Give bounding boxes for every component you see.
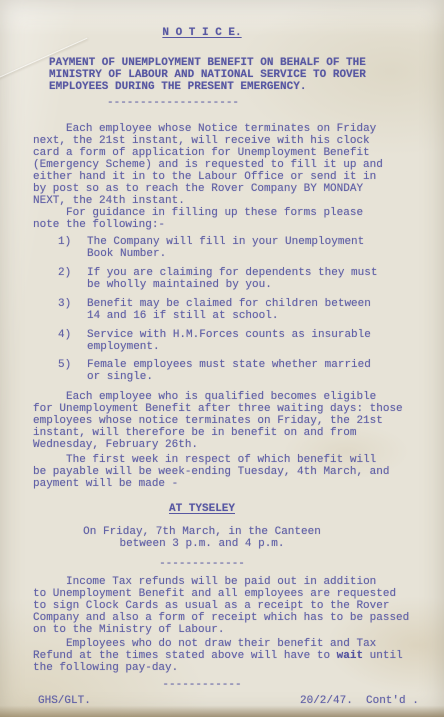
paragraph-clock-card: Each employee whose Notice terminates on…	[33, 123, 420, 207]
venue-heading: AT TYSELEY	[0, 503, 424, 515]
list-item-3: 3) Benefit may be claimed for children b…	[58, 298, 416, 322]
list-item-1: 1) The Company will fill in your Unemplo…	[58, 236, 416, 260]
list-number: 1)	[58, 236, 87, 260]
late-draw-text-start: Employees who do not draw their benefit …	[33, 638, 376, 662]
paragraph-eligibility: Each employee who is qualified becomes e…	[33, 391, 420, 451]
footer-reference: GHS/GLT.	[38, 695, 91, 707]
paragraph-first-week: The first week in respect of which benef…	[33, 454, 420, 490]
list-text: Female employees must state whether marr…	[87, 359, 416, 383]
footer-date: 20/2/47.	[300, 695, 353, 707]
list-text: The Company will fill in your Unemployme…	[87, 236, 416, 260]
list-number: 3)	[58, 298, 87, 322]
late-draw-text-emphasis: wait	[337, 650, 363, 662]
list-text: Benefit may be claimed for children betw…	[87, 298, 416, 322]
separator-heading: --------------------	[107, 97, 239, 109]
venue-line-2: between 3 p.m. and 4 p.m.	[0, 538, 424, 550]
separator-venue: -------------	[0, 558, 424, 570]
paragraph-late-draw: Employees who do not draw their benefit …	[33, 638, 420, 674]
paragraph-guidance: For guidance in filling up these forms p…	[33, 207, 420, 231]
list-item-5: 5) Female employees must state whether m…	[58, 359, 416, 383]
list-number: 4)	[58, 329, 87, 353]
list-item-4: 4) Service with H.M.Forces counts as ins…	[58, 329, 416, 353]
list-text: If you are claiming for dependents they …	[87, 267, 416, 291]
list-item-2: 2) If you are claiming for dependents th…	[58, 267, 416, 291]
notice-title: N O T I C E.	[0, 27, 424, 39]
list-text: Service with H.M.Forces counts as insura…	[87, 329, 416, 353]
list-number: 5)	[58, 359, 87, 383]
scanned-notice-page: N O T I C E. PAYMENT OF UNEMPLOYMENT BEN…	[0, 0, 444, 717]
list-number: 2)	[58, 267, 87, 291]
separator-footer: ------------	[0, 679, 424, 691]
paragraph-income-tax: Income Tax refunds will be paid out in a…	[33, 576, 420, 636]
venue-line-1: On Friday, 7th March, in the Canteen	[0, 526, 424, 538]
footer-continued: Cont'd .	[366, 695, 419, 707]
notice-heading: PAYMENT OF UNEMPLOYMENT BENEFIT ON BEHAL…	[49, 57, 404, 93]
